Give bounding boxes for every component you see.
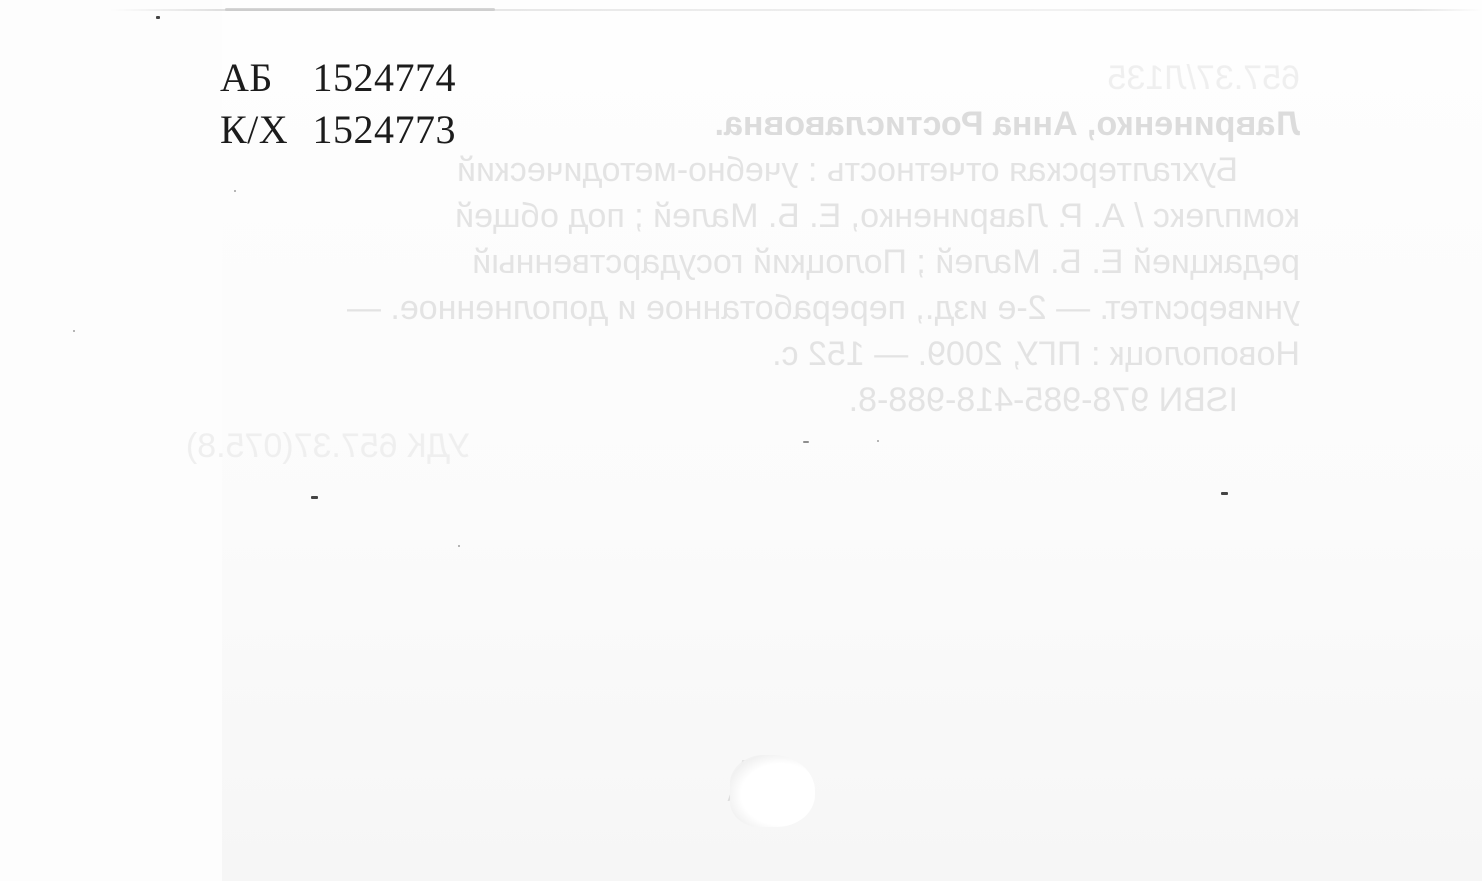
scan-speck	[877, 440, 879, 442]
scan-speck	[73, 330, 75, 332]
description-line: комплекс / А. Р. Лавриненко, Е. Б. Малей…	[455, 193, 1300, 239]
scan-speck	[803, 441, 809, 443]
inventory-row: АБ 1524774	[220, 52, 456, 104]
card-top-edge-shadow	[225, 8, 495, 11]
author-heading: Лавриненко, Анна Ростиславовна.	[715, 101, 1300, 147]
description-line: университет. — 2-е изд., переработанное …	[347, 285, 1300, 331]
udc-code: УДК 657.37(075.8)	[186, 423, 470, 469]
scan-speck	[458, 545, 460, 547]
description-line: Бухгалтерская отчетность : учебно-методи…	[457, 147, 1238, 193]
inventory-code: АБ	[220, 52, 302, 104]
description-line: редакцией Е. Б. Малей ; Полоцкий государ…	[472, 239, 1300, 285]
classification-number: 657.37/Л135	[1108, 55, 1300, 101]
inventory-code: К/Х	[220, 104, 302, 156]
scan-speck	[156, 16, 160, 19]
paper-damage-spot	[730, 755, 815, 827]
scan-speck	[234, 190, 236, 192]
inventory-stamp: АБ 1524774 К/Х 1524773	[220, 52, 456, 156]
scan-speck	[311, 496, 318, 499]
description-line: Новополоцк : ПГУ, 2009. — 152 с.	[772, 331, 1300, 377]
inventory-row: К/Х 1524773	[220, 104, 456, 156]
inventory-number: 1524774	[313, 55, 457, 100]
inventory-number: 1524773	[313, 107, 457, 152]
scan-speck	[1221, 492, 1228, 495]
isbn: ISBN 978-985-418-988-8.	[849, 377, 1238, 423]
